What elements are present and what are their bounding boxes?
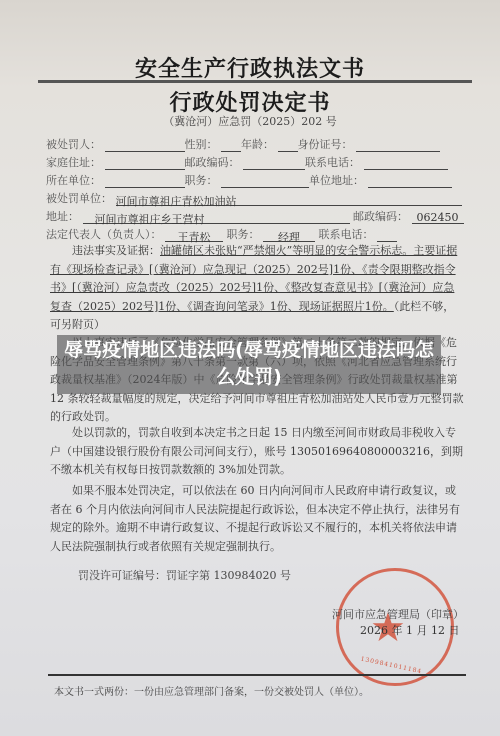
issue-date: 2026 年 1 月 12 日 [360, 622, 459, 638]
issuing-authority: 河间市应急管理局（印章） [332, 606, 464, 622]
header-divider [38, 80, 472, 83]
address-row: 地址： 河间市尊祖庄乡王营村 邮政编码： 062450 [46, 208, 464, 224]
document-header-title: 安全生产行政执法文书 [0, 52, 500, 83]
address-label: 地址： [46, 210, 79, 223]
appeal-rights: 如果不服本处罚决定，可以依法在 60 日内向河间市人民政府申请行政复议，或者在 … [50, 482, 465, 556]
address-postcode-value: 062450 [412, 211, 464, 224]
home-label: 家庭住址： [46, 156, 101, 169]
age-label: 年龄： [241, 138, 274, 151]
footer-divider [48, 674, 466, 676]
home-row: 家庭住址： 邮政编码： 联系电话： [46, 154, 448, 170]
person-row: 被处罚人： 性别： 年龄： 身份证号： [46, 136, 440, 152]
position-label: 职务： [185, 174, 218, 187]
license-row: 罚没许可证编号：罚证字第 130984020 号 [78, 567, 291, 583]
person-label: 被处罚人： [46, 138, 101, 151]
unit-address-label: 单位地址： [309, 174, 364, 187]
payment-instructions: 处以罚款的，罚款自收到本决定书之日起 15 日内缴至河间市财政局非税收入专户（中… [50, 424, 465, 480]
address-value: 河间市尊祖庄乡王营村 [83, 211, 350, 224]
caption-overlay-text: 辱骂疫情地区违法吗(辱骂疫情地区违法吗怎么处罚) [57, 337, 441, 391]
home-blank [105, 157, 185, 170]
legal-rep-value: 王青松 [165, 229, 223, 242]
gender-label: 性别： [185, 138, 218, 151]
footer-note: 本文书一式两份：一份由应急管理部门备案，一份交被处罚人（单位）。 [54, 683, 369, 698]
license-label: 罚没许可证编号： [78, 569, 166, 582]
violation-facts: 违法事实及证据：油罐储区未张贴“严禁烟火”等明显的安全警示标志。主要证据有《现场… [50, 242, 465, 335]
penalized-unit-value: 河间市尊祖庄青松加油站 [116, 193, 462, 206]
unit-label: 所在单位： [46, 174, 101, 187]
phone-label: 联系电话： [305, 156, 360, 169]
unit-address-blank [368, 175, 452, 188]
penalized-unit-row: 被处罚单位： 河间市尊祖庄青松加油站 [46, 190, 462, 206]
facts-label: 违法事实及证据： [72, 244, 160, 257]
postcode-label: 邮政编码： [185, 156, 240, 169]
legal-rep-phone-label: 联系电话： [319, 228, 374, 241]
document-number: （冀沧河）应急罚（2025）202 号 [0, 113, 500, 129]
person-blank [105, 139, 185, 152]
legal-rep-position-label: 职务： [227, 228, 260, 241]
license-value: 罚证字第 130984020 号 [166, 569, 291, 582]
postcode-blank [243, 157, 305, 170]
phone-blank [364, 157, 448, 170]
address-postcode-label: 邮政编码： [353, 210, 408, 223]
id-blank [356, 139, 440, 152]
legal-rep-position-value: 经理 [263, 229, 315, 242]
id-label: 身份证号： [298, 138, 353, 151]
age-blank [278, 139, 298, 152]
unit-blank [105, 175, 185, 188]
gender-blank [221, 139, 241, 152]
penalized-unit-label: 被处罚单位： [46, 192, 112, 205]
unit-row: 所在单位： 职务： 单位地址： [46, 172, 452, 188]
legal-rep-row: 法定代表人（负责人）： 王青松 职务： 经理 联系电话： [46, 226, 397, 242]
legal-rep-label: 法定代表人（负责人）： [46, 228, 162, 241]
position-blank [221, 175, 309, 188]
legal-rep-phone-blank [377, 229, 397, 242]
